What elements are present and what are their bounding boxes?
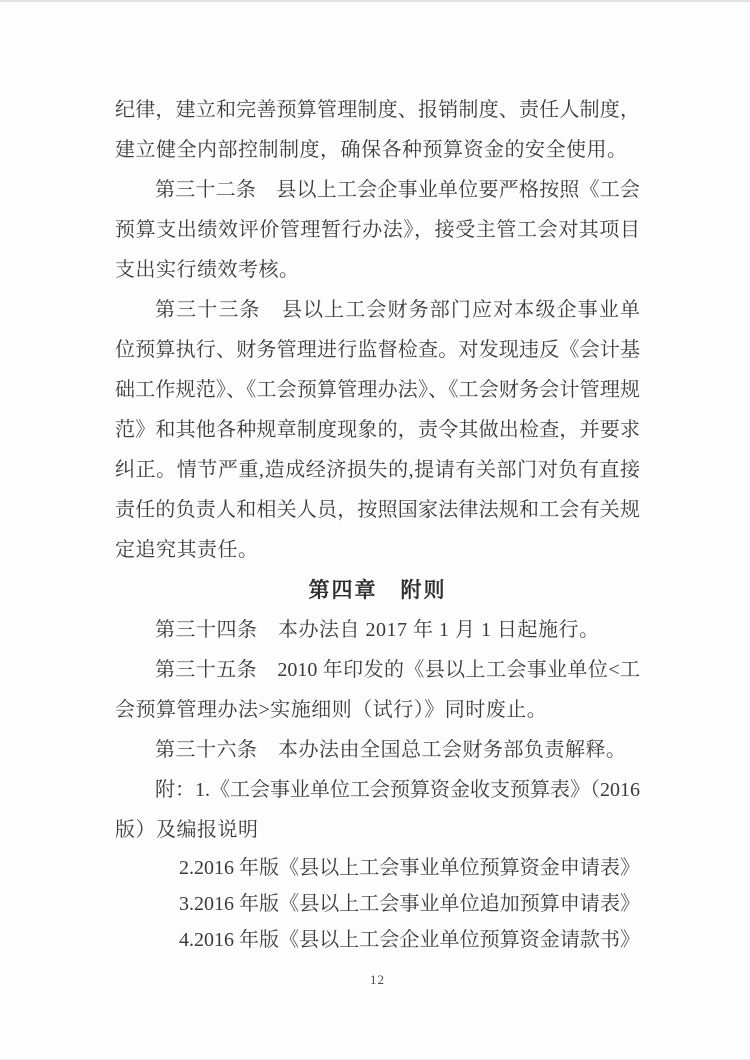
document-page: 纪律，建立和完善预算管理制度、报销制度、责任人制度， 建立健全内部控制制度，确保…: [0, 0, 750, 1060]
document-line: 预算支出绩效评价管理暂行办法》，接受主管工会对其项目: [115, 210, 640, 250]
document-line-article-36: 第三十六条 本办法由全国总工会财务部负责解释。: [115, 730, 640, 770]
document-line: 纠正。情节严重,造成经济损失的,提请有关部门对负有直接: [115, 450, 640, 490]
document-line-article-33: 第三十三条 县以上工会财务部门应对本级企事业单: [115, 290, 640, 330]
document-line: 范》和其他各种规章制度现象的，责令其做出检查，并要求: [115, 410, 640, 450]
document-line-article-34: 第三十四条 本办法自 2017 年 1 月 1 日起施行。: [115, 610, 640, 650]
document-line-article-32: 第三十二条 县以上工会企事业单位要严格按照《工会: [115, 170, 640, 210]
document-line: 础工作规范》、《工会预算管理办法》、《工会财务会计管理规: [115, 370, 640, 410]
document-line: 支出实行绩效考核。: [115, 250, 640, 290]
page-number: 12: [115, 972, 640, 988]
document-line: 版）及编报说明: [115, 810, 640, 850]
chapter-heading: 第四章 附则: [115, 570, 640, 610]
document-line: 责任的负责人和相关人员，按照国家法律法规和工会有关规: [115, 490, 640, 530]
document-content: 纪律，建立和完善预算管理制度、报销制度、责任人制度， 建立健全内部控制制度，确保…: [115, 90, 640, 988]
document-line-attachment-3: 3.2016 年版《县以上工会事业单位追加预算申请表》: [115, 886, 640, 922]
document-line-attachment-4: 4.2016 年版《县以上工会企业单位预算资金请款书》: [115, 922, 640, 958]
document-line: 会预算管理办法>实施细则（试行）》同时废止。: [115, 690, 640, 730]
document-line: 定追究其责任。: [115, 530, 640, 570]
document-line-attachment-2: 2.2016 年版《县以上工会事业单位预算资金申请表》: [115, 850, 640, 886]
document-line: 建立健全内部控制制度，确保各种预算资金的安全使用。: [115, 130, 640, 170]
document-line: 位预算执行、财务管理进行监督检查。对发现违反《会计基: [115, 330, 640, 370]
document-line-attachment-1: 附：1.《工会事业单位工会预算资金收支预算表》（2016: [115, 770, 640, 810]
document-line: 纪律，建立和完善预算管理制度、报销制度、责任人制度，: [115, 90, 640, 130]
document-line-article-35: 第三十五条 2010 年印发的《县以上工会事业单位<工: [115, 650, 640, 690]
